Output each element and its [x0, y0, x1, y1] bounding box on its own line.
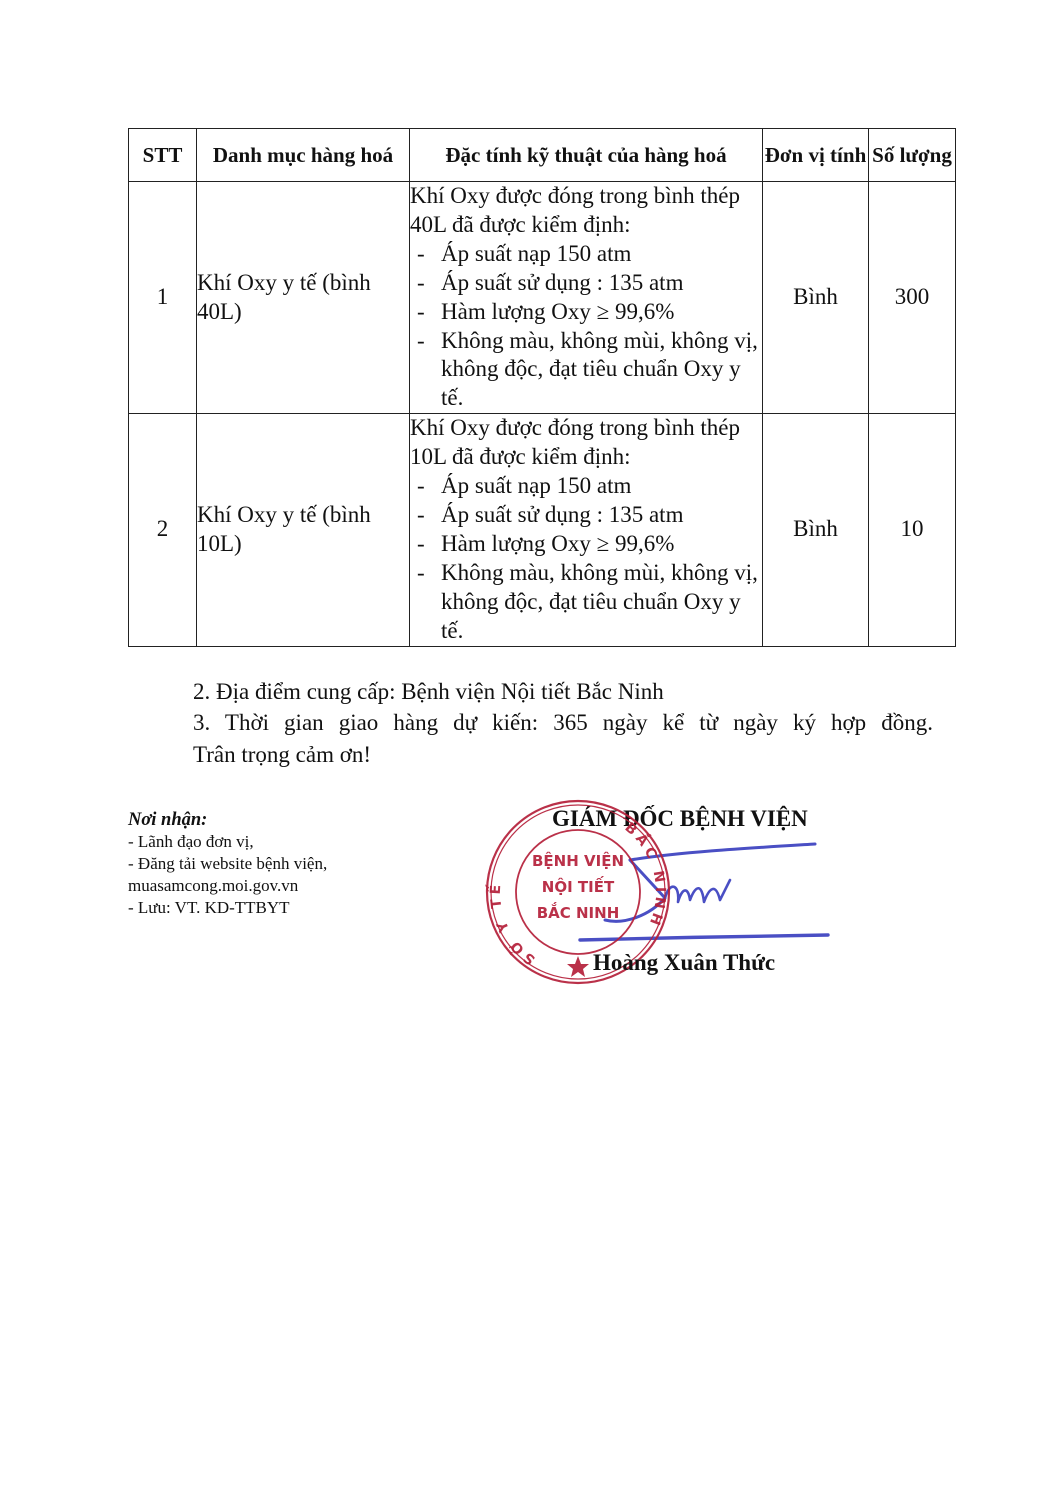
recipient-line: - Đăng tải website bệnh viện,	[128, 853, 327, 875]
spec-list: Áp suất nạp 150 atm Áp suất sử dụng : 13…	[410, 472, 762, 645]
recipients-title: Nơi nhận:	[128, 809, 327, 831]
closing-thanks: Trân trọng cảm ơn!	[193, 739, 371, 771]
row-qty: 10	[869, 414, 956, 646]
spec-item: Áp suất nạp 150 atm	[410, 240, 762, 269]
spec-item: Không màu, không mùi, không vị, không độ…	[410, 327, 762, 414]
spec-item: Áp suất sử dụng : 135 atm	[410, 501, 762, 530]
row-spec: Khí Oxy được đóng trong bình thép 10L đã…	[410, 414, 763, 646]
stamp-center-line: BẮC NINH	[537, 901, 620, 922]
delivery-time-paragraph: 3. Thời gian giao hàng dự kiến: 365 ngày…	[193, 707, 933, 739]
spec-item: Hàm lượng Oxy ≥ 99,6%	[410, 298, 762, 327]
delivery-location-paragraph: 2. Địa điểm cung cấp: Bệnh viện Nội tiết…	[193, 676, 664, 708]
stamp-center-line: NỘI TIẾT	[542, 875, 615, 896]
recipients-block: Nơi nhận: - Lãnh đạo đơn vị, - Đăng tải …	[128, 809, 327, 919]
spec-intro: Khí Oxy được đóng trong bình thép 10L đã…	[410, 414, 762, 472]
header-spec: Đặc tính kỹ thuật của hàng hoá	[410, 129, 763, 182]
row-stt: 1	[129, 182, 197, 414]
recipient-line: - Lưu: VT. KD-TTBYT	[128, 897, 327, 919]
row-item-name: Khí Oxy y tế (bình 10L)	[197, 414, 410, 646]
spec-item: Hàm lượng Oxy ≥ 99,6%	[410, 530, 762, 559]
spec-item: Áp suất sử dụng : 135 atm	[410, 269, 762, 298]
stamp-center-line: BỆNH VIỆN	[532, 850, 624, 870]
header-name: Danh mục hàng hoá	[197, 129, 410, 182]
spec-intro: Khí Oxy được đóng trong bình thép 40L đã…	[410, 182, 762, 240]
stamp-ring-right: BẮC NINH	[621, 820, 668, 931]
row-unit: Bình	[763, 182, 869, 414]
table-row: 2 Khí Oxy y tế (bình 10L) Khí Oxy được đ…	[129, 414, 956, 646]
header-stt: STT	[129, 129, 197, 182]
row-spec: Khí Oxy được đóng trong bình thép 40L đã…	[410, 182, 763, 414]
spec-list: Áp suất nạp 150 atm Áp suất sử dụng : 13…	[410, 240, 762, 413]
document-page: STT Danh mục hàng hoá Đặc tính kỹ thuật …	[0, 0, 1061, 1500]
signer-name: Hoàng Xuân Thức	[593, 950, 775, 976]
row-stt: 2	[129, 414, 197, 646]
table-header-row: STT Danh mục hàng hoá Đặc tính kỹ thuật …	[129, 129, 956, 182]
table-row: 1 Khí Oxy y tế (bình 40L) Khí Oxy được đ…	[129, 182, 956, 414]
recipient-line: muasamcong.moi.gov.vn	[128, 875, 327, 897]
header-qty: Số lượng	[869, 129, 956, 182]
row-item-name: Khí Oxy y tế (bình 40L)	[197, 182, 410, 414]
spec-item: Áp suất nạp 150 atm	[410, 472, 762, 501]
row-unit: Bình	[763, 414, 869, 646]
spec-item: Không màu, không mùi, không vị, không độ…	[410, 559, 762, 646]
row-qty: 300	[869, 182, 956, 414]
goods-table: STT Danh mục hàng hoá Đặc tính kỹ thuật …	[128, 128, 956, 647]
header-unit: Đơn vị tính	[763, 129, 869, 182]
stamp-star-icon	[567, 956, 589, 977]
recipient-line: - Lãnh đạo đơn vị,	[128, 831, 327, 853]
svg-text:BẮC NINH: BẮC NINH	[621, 820, 668, 931]
